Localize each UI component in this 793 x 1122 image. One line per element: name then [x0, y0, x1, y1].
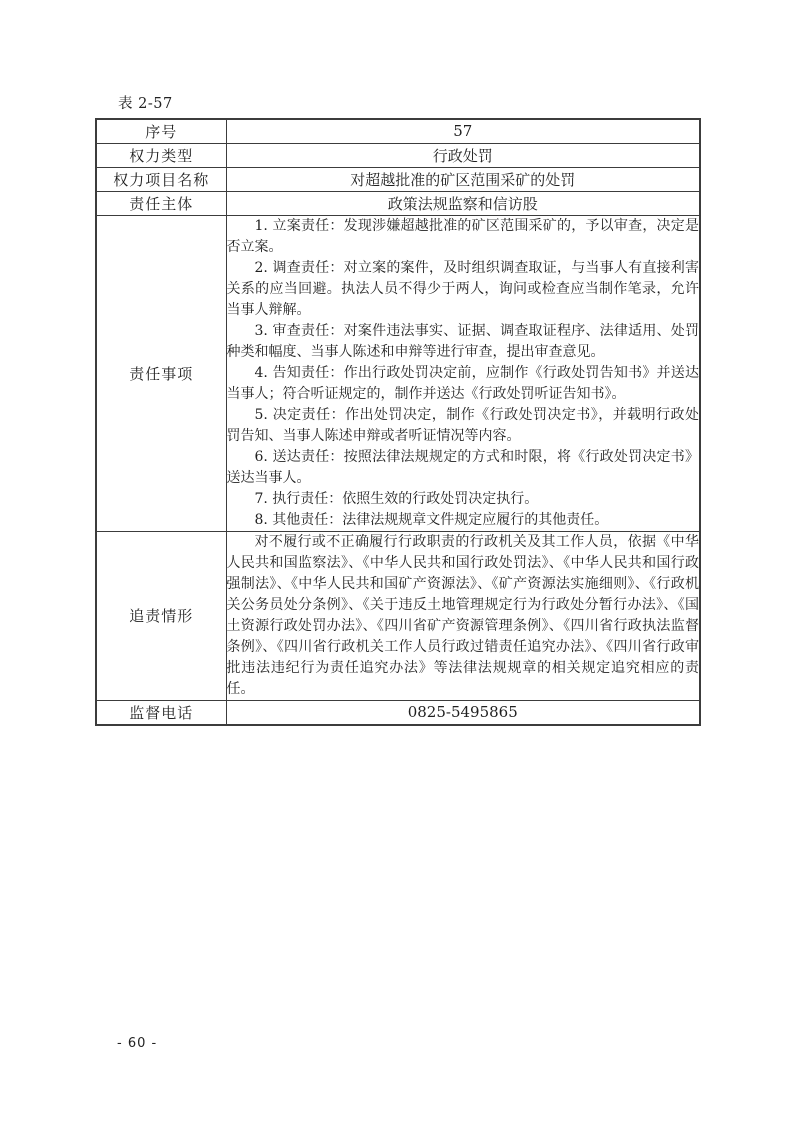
table-row-responsible-entity: 责任主体 政策法规监察和信访股: [96, 191, 700, 215]
table-row-power-type: 权力类型 行政处罚: [96, 143, 700, 167]
accountability-text: 对不履行或不正确履行行政职责的行政机关及其工作人员，依据《中华人民共和国监察法》…: [227, 532, 700, 700]
serial-number-value: 57: [226, 119, 700, 143]
responsible-entity-label: 责任主体: [96, 191, 226, 215]
power-item-name-label: 权力项目名称: [96, 167, 226, 191]
responsible-entity-value: 政策法规监察和信访股: [226, 191, 700, 215]
page-number: - 60 -: [117, 1036, 157, 1051]
accountability-content: 对不履行或不正确履行行政职责的行政机关及其工作人员，依据《中华人民共和国监察法》…: [226, 531, 700, 700]
duty-item: 3. 审查责任：对案件违法事实、证据、调查取证程序、法律适用、处罚种类和幅度、当…: [227, 321, 700, 363]
power-duty-table: 序号 57 权力类型 行政处罚 权力项目名称 对超越批准的矿区范围采矿的处罚 责…: [95, 118, 701, 726]
duty-item: 2. 调查责任：对立案的案件，及时组织调查取证，与当事人有直接利害关系的应当回避…: [227, 258, 700, 321]
document-page: 表 2-57 序号 57 权力类型 行政处罚 权力项目名称 对超越批准的矿区范围…: [0, 0, 793, 1122]
supervision-phone-value: 0825-5495865: [226, 700, 700, 725]
accountability-label: 追责情形: [96, 531, 226, 700]
table-row-supervision-phone: 监督电话 0825-5495865: [96, 700, 700, 725]
duty-item: 4. 告知责任：作出行政处罚决定前，应制作《行政处罚告知书》并送达当事人；符合听…: [227, 363, 700, 405]
serial-number-label: 序号: [96, 119, 226, 143]
table-row-accountability: 追责情形 对不履行或不正确履行行政职责的行政机关及其工作人员，依据《中华人民共和…: [96, 531, 700, 700]
power-item-name-value: 对超越批准的矿区范围采矿的处罚: [226, 167, 700, 191]
supervision-phone-label: 监督电话: [96, 700, 226, 725]
duty-item: 7. 执行责任：依照生效的行政处罚决定执行。: [227, 489, 700, 510]
table-caption: 表 2-57: [118, 92, 173, 113]
duty-items-content: 1. 立案责任：发现涉嫌超越批准的矿区范围采矿的，予以审查，决定是否立案。 2.…: [226, 215, 700, 531]
duty-item: 5. 决定责任：作出处罚决定，制作《行政处罚决定书》，并载明行政处罚告知、当事人…: [227, 405, 700, 447]
duty-item: 6. 送达责任：按照法律法规规定的方式和时限，将《行政处罚决定书》送达当事人。: [227, 447, 700, 489]
table-row-serial-number: 序号 57: [96, 119, 700, 143]
duty-item: 8. 其他责任：法律法规规章文件规定应履行的其他责任。: [227, 510, 700, 531]
table-row-power-item-name: 权力项目名称 对超越批准的矿区范围采矿的处罚: [96, 167, 700, 191]
duty-item: 1. 立案责任：发现涉嫌超越批准的矿区范围采矿的，予以审查，决定是否立案。: [227, 216, 700, 258]
table-row-duty-items: 责任事项 1. 立案责任：发现涉嫌超越批准的矿区范围采矿的，予以审查，决定是否立…: [96, 215, 700, 531]
duty-items-label: 责任事项: [96, 215, 226, 531]
power-type-label: 权力类型: [96, 143, 226, 167]
power-type-value: 行政处罚: [226, 143, 700, 167]
